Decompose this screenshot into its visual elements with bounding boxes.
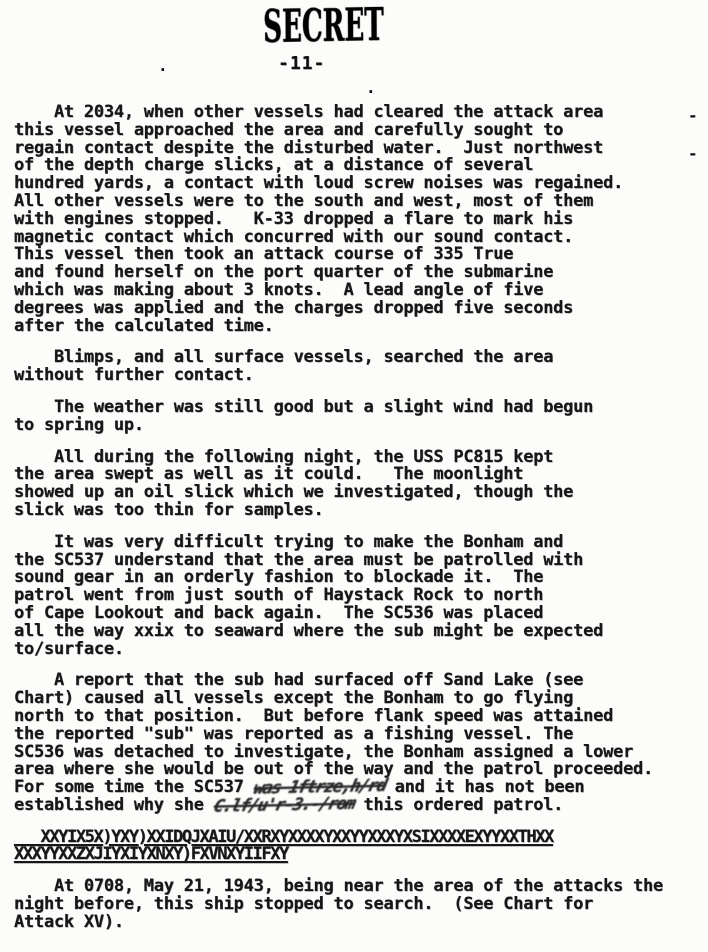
text-line: It was very difficult trying to make the… xyxy=(14,534,708,552)
paragraph: At 2034, when other vessels had cleared … xyxy=(14,104,708,335)
struck-out-block: XXYIX5X)YXY)XXIDQJXAIU/XXRXYXXXXYXXYYXXX… xyxy=(14,829,708,865)
handwritten-overstrike: C.lf/u'r-3.-/rom xyxy=(211,795,356,816)
paragraph: A report that the sub had surfaced off S… xyxy=(14,672,708,814)
classification-stamp: SECRET xyxy=(263,2,384,49)
paragraph: The weather was still good but a slight … xyxy=(14,399,708,435)
text-line: with engines stopped. K-33 dropped a fla… xyxy=(14,211,708,229)
paragraph: Blimps, and all surface vessels, searche… xyxy=(14,349,708,385)
text-line: to/surface. xyxy=(14,641,708,659)
text-line: after the calculated time. xyxy=(14,318,708,336)
text-line: this vessel approached the area and care… xyxy=(14,122,708,140)
paragraph: At 0708, May 21, 1943, being near the ar… xyxy=(14,878,708,931)
paragraph: It was very difficult trying to make the… xyxy=(14,534,708,659)
paragraph: All during the following night, the USS … xyxy=(14,449,708,520)
text-line: established why she C.lf/u'r-3.-/rom thi… xyxy=(14,797,708,815)
text-line: to spring up. xyxy=(14,417,708,435)
text-segment: established why she xyxy=(14,795,214,815)
document-body: At 2034, when other vessels had cleared … xyxy=(14,104,708,946)
text-line: all the way xxix to seaward where the su… xyxy=(14,623,708,641)
page-number: -11- xyxy=(278,53,325,74)
text-line: degrees was applied and the charges drop… xyxy=(14,300,708,318)
scan-artifact: . xyxy=(158,58,168,74)
text-line: without further contact. xyxy=(14,367,708,385)
text-line: the reported "sub" was reported as a fis… xyxy=(14,726,708,744)
scanned-document-page: SECRET -11- At 2034, when other vessels … xyxy=(0,0,708,952)
text-line: slick was too thin for samples. xyxy=(14,502,708,520)
text-line: Attack XV). xyxy=(14,914,708,932)
scan-artifact: . xyxy=(366,80,376,96)
scan-artifact: - xyxy=(688,146,698,162)
struck-out-line: XXXYYXXZXJIYXIYXNXY)FXVNXYIIFXY xyxy=(14,846,708,864)
scan-artifact: - xyxy=(688,108,698,124)
text-segment: this ordered patrol. xyxy=(353,795,563,815)
